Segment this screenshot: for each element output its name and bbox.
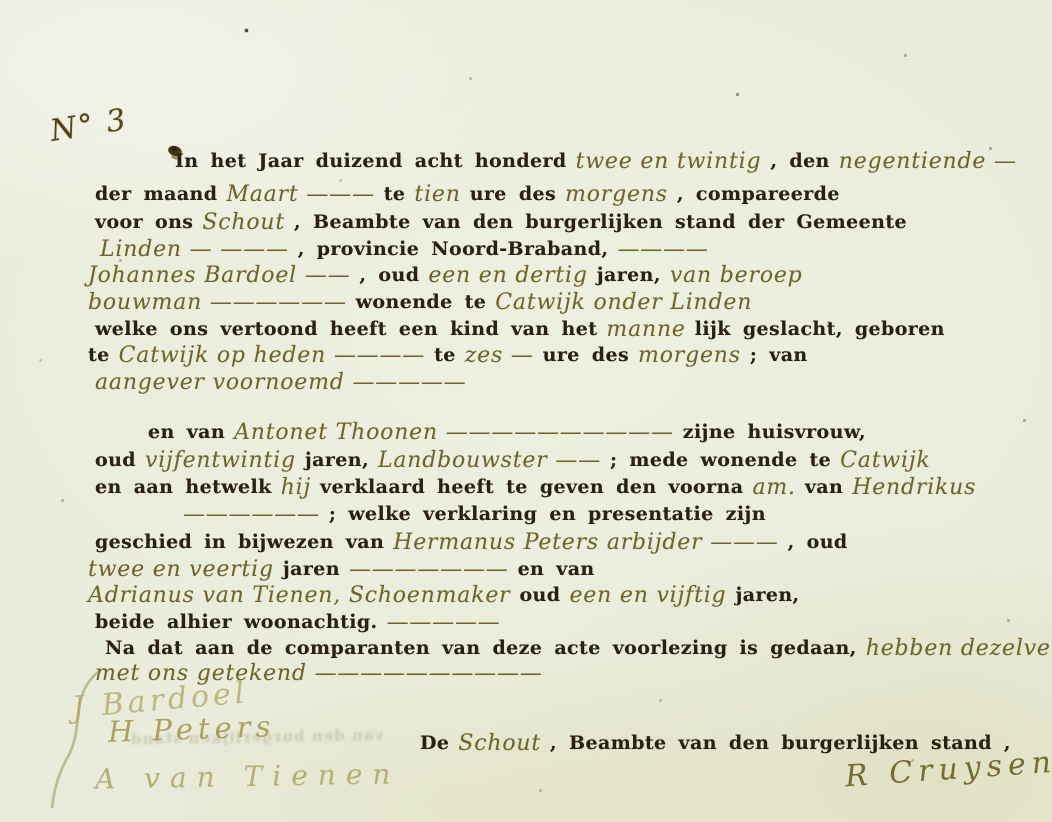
printed-text: en aan hetwelk bbox=[95, 476, 272, 498]
document-line: aangever voornoemd ————— bbox=[95, 369, 475, 394]
printed-text: en van bbox=[518, 558, 595, 580]
document-line: geschied in bijwezen vanHermanus Peters … bbox=[95, 529, 857, 554]
printed-text: zijne huisvrouw, bbox=[683, 421, 866, 443]
handwritten-text: bouwman —————— bbox=[88, 290, 347, 315]
printed-text: welke ons vertoond heeft een kind van he… bbox=[95, 318, 597, 340]
handwritten-text: ——————— bbox=[349, 557, 509, 582]
printed-text: lijk geslacht, geboren bbox=[695, 318, 945, 340]
handwritten-text: hij bbox=[281, 475, 311, 500]
handwritten-text: ———— bbox=[617, 237, 708, 262]
document-line: oudvijfentwintigjaren,Landbouwster ——; m… bbox=[95, 447, 940, 472]
printed-text: beide alhier woonachtig. bbox=[95, 611, 378, 633]
printed-text: ; mede wonende te bbox=[610, 449, 831, 471]
handwritten-text: aangever voornoemd ————— bbox=[95, 370, 466, 395]
handwritten-text: tien bbox=[414, 182, 460, 207]
document-line: Adrianus van Tienen, Schoenmakeroudeen e… bbox=[88, 582, 809, 607]
document-line: ——————; welke verklaring en presentatie … bbox=[183, 501, 775, 526]
printed-text: jaren bbox=[283, 558, 340, 580]
document-line: bouwman ——————wonende teCatwijk onder Li… bbox=[88, 289, 761, 314]
handwritten-text: Schout bbox=[458, 731, 541, 756]
printed-text: , den bbox=[770, 150, 829, 172]
printed-text: te bbox=[434, 344, 456, 366]
document-line: voor onsSchout, Beambte van den burgerli… bbox=[95, 209, 916, 234]
document-line: welke ons vertoond heeft een kind van he… bbox=[95, 316, 954, 341]
handwritten-text: een en vijftig bbox=[569, 583, 726, 608]
handwritten-text: —————— bbox=[183, 502, 320, 527]
document-line: en vanAntonet Thoonen ——————————zijne hu… bbox=[148, 419, 875, 444]
scanned-birth-record-page: N° 3 In het Jaar duizend acht honderdtwe… bbox=[0, 0, 1052, 822]
closing-attestation-line: DeSchout, Beambte van den burgerlijken s… bbox=[420, 730, 1020, 755]
printed-text: en van bbox=[148, 421, 225, 443]
handwritten-text: manne bbox=[606, 317, 685, 342]
handwritten-text: morgens bbox=[638, 343, 741, 368]
handwritten-text: Antonet Thoonen —————————— bbox=[234, 420, 674, 445]
printed-text: , Beambte van den burgerlijken stand , bbox=[550, 732, 1011, 754]
printed-text: jaren, bbox=[305, 449, 369, 471]
printed-text: ure des bbox=[470, 183, 556, 205]
printed-text: , oud bbox=[788, 531, 848, 553]
printed-text: In het Jaar duizend acht honderd bbox=[175, 150, 567, 172]
printed-text: , provincie Noord-Braband, bbox=[298, 238, 609, 260]
handwritten-text: vijfentwintig bbox=[145, 448, 296, 473]
printed-text: , oud bbox=[359, 264, 419, 286]
printed-text: oud bbox=[95, 449, 136, 471]
printed-text: ; welke verklaring en presentatie zijn bbox=[329, 503, 766, 525]
printed-text: Na dat aan de comparanten van deze acte … bbox=[105, 637, 857, 659]
printed-text: der maand bbox=[95, 183, 217, 205]
document-line: Johannes Bardoel ——, oudeen en dertigjar… bbox=[88, 262, 812, 287]
handwritten-text: Landbouwster —— bbox=[378, 448, 601, 473]
handwritten-text: Hendrikus bbox=[852, 475, 976, 500]
document-line: twee en veertigjaren———————en van bbox=[88, 556, 604, 581]
act-number-margin-note: N° 3 bbox=[48, 102, 130, 149]
document-line: Linden — ———, provincie Noord-Braband,——… bbox=[100, 236, 718, 261]
handwritten-text: Catwijk op heden ———— bbox=[119, 343, 425, 368]
handwritten-text: Maart ——— bbox=[226, 182, 374, 207]
printed-text: De bbox=[420, 732, 449, 754]
handwritten-text: am. bbox=[752, 475, 795, 500]
printed-text: te bbox=[88, 344, 110, 366]
printed-text: van bbox=[805, 476, 843, 498]
handwritten-text: morgens bbox=[565, 182, 668, 207]
printed-text: wonende te bbox=[356, 291, 487, 313]
handwritten-text: een en dertig bbox=[428, 263, 587, 288]
handwritten-text: Linden — ——— bbox=[100, 237, 289, 262]
handwritten-text: twee en twintig bbox=[576, 149, 762, 174]
document-line: beide alhier woonachtig.————— bbox=[95, 609, 510, 634]
printed-text: jaren, bbox=[735, 584, 799, 606]
printed-text: te bbox=[384, 183, 406, 205]
handwritten-text: ————— bbox=[387, 610, 501, 635]
printed-text: voor ons bbox=[95, 211, 193, 233]
printed-text: , Beambte van den burgerlijken stand der… bbox=[294, 211, 907, 233]
document-line: teCatwijk op heden ————tezes —ure desmor… bbox=[88, 342, 817, 367]
handwritten-text: Catwijk bbox=[840, 448, 930, 473]
handwritten-text: zes — bbox=[465, 343, 534, 368]
ink-bleed-through: van den burgerlijken stand bbox=[130, 726, 384, 748]
printed-text: oud bbox=[519, 584, 560, 606]
printed-text: jaren, bbox=[597, 264, 661, 286]
printed-text: verklaard heeft te geven den voorna bbox=[320, 476, 743, 498]
printed-text: , compareerde bbox=[677, 183, 840, 205]
handwritten-text: Hermanus Peters arbijder ——— bbox=[393, 530, 778, 555]
document-line: Na dat aan de comparanten van deze acte … bbox=[105, 635, 1052, 660]
printed-text: ; van bbox=[750, 344, 808, 366]
document-line: der maandMaart ———tetienure desmorgens, … bbox=[95, 181, 849, 206]
handwritten-text: negentiende — bbox=[839, 149, 1017, 174]
handwritten-text: Catwijk onder Linden bbox=[495, 290, 752, 315]
document-line: met ons getekend —————————— bbox=[95, 660, 552, 685]
handwritten-text: hebben dezelve bbox=[866, 636, 1051, 661]
printed-text: ure des bbox=[543, 344, 629, 366]
signature-witness-2: A van Tienen bbox=[95, 757, 401, 795]
handwritten-text: Johannes Bardoel —— bbox=[88, 263, 350, 288]
document-line: en aan hetwelkhijverklaard heeft te geve… bbox=[95, 474, 985, 499]
handwritten-text: van beroep bbox=[670, 263, 803, 288]
printed-text: geschied in bijwezen van bbox=[95, 531, 384, 553]
handwritten-text: twee en veertig bbox=[88, 557, 274, 582]
handwritten-text: Schout bbox=[202, 210, 285, 235]
document-line: In het Jaar duizend acht honderdtwee en … bbox=[175, 148, 1026, 173]
paper-speckles bbox=[0, 0, 1, 1]
handwritten-text: Adrianus van Tienen, Schoenmaker bbox=[88, 583, 510, 608]
